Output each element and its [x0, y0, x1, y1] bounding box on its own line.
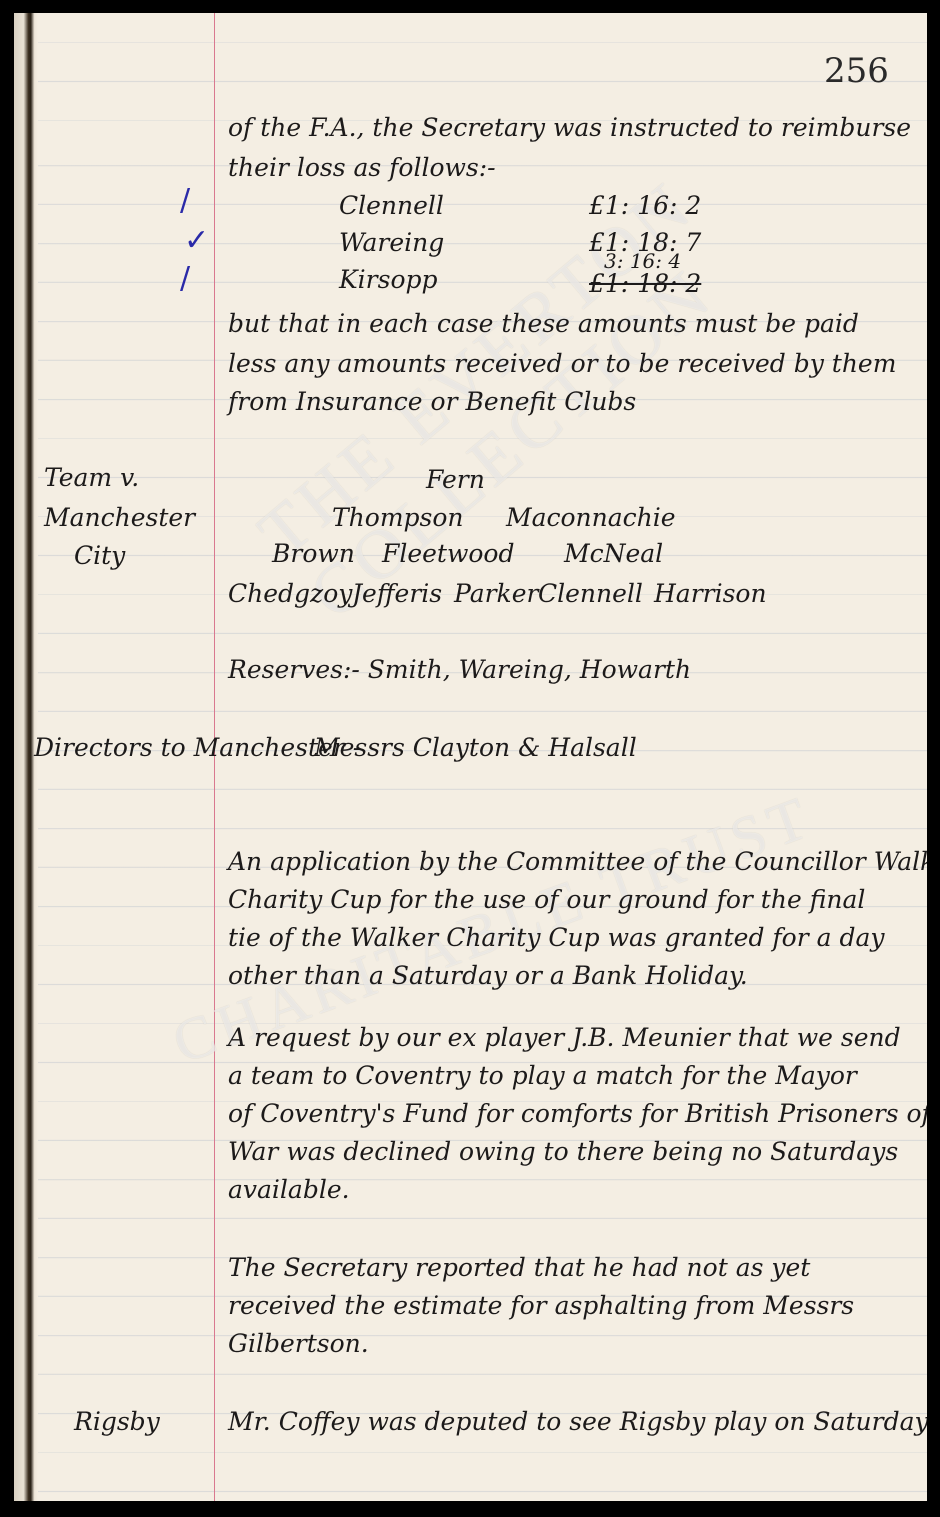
goalkeeper: Fern [426, 465, 485, 494]
minute-line: The Secretary reported that he had not a… [228, 1253, 810, 1282]
check-mark-icon: / [180, 183, 190, 218]
halfback: Brown [272, 539, 355, 568]
reimburse-intro-line1: of the F.A., the Secretary was instructe… [228, 113, 911, 142]
team-margin-label: Team v. [44, 463, 139, 492]
team-margin-label: Manchester [44, 503, 195, 532]
minute-line: War was declined owing to there being no… [228, 1137, 898, 1166]
condition-line3: from Insurance or Benefit Clubs [228, 387, 636, 416]
minute-line: a team to Coventry to play a match for t… [228, 1061, 857, 1090]
minute-line: Gilbertson. [228, 1329, 369, 1358]
back: Thompson [332, 503, 464, 532]
minute-margin-label: Rigsby [74, 1407, 160, 1436]
forward: Clennell [538, 579, 643, 608]
reimburse-amount-corrected: 3: 16: 4 [604, 249, 681, 273]
reserves: Reserves:- Smith, Wareing, Howarth [228, 655, 691, 684]
minute-line: available. [228, 1175, 350, 1204]
forward: Jefferis [352, 579, 442, 608]
minute-line: Charity Cup for the use of our ground fo… [228, 885, 865, 914]
forward: Chedgzoy [228, 579, 352, 608]
reimburse-amount: £1: 16: 2 [589, 191, 701, 220]
reimburse-amount-struck: £1: 18: 2 [589, 269, 701, 298]
halfback: McNeal [564, 539, 663, 568]
minute-line: A request by our ex player J.B. Meunier … [228, 1023, 901, 1052]
check-mark-icon: / [180, 261, 190, 296]
halfback: Fleetwood [382, 539, 514, 568]
scan-frame: THE EVERTON COLLECTION CHARITABLE TRUST … [0, 0, 940, 1517]
directors-names: Messrs Clayton & Halsall [314, 733, 637, 762]
reimburse-name: Clennell [339, 191, 444, 220]
back: Maconnachie [506, 503, 676, 532]
reimburse-intro-line2: their loss as follows:- [228, 153, 496, 182]
minute-line: other than a Saturday or a Bank Holiday. [228, 961, 748, 990]
minute-line: An application by the Committee of the C… [228, 847, 927, 876]
minute-line: received the estimate for asphalting fro… [228, 1291, 854, 1320]
reimburse-name: Kirsopp [339, 265, 438, 294]
minute-line: Mr. Coffey was deputed to see Rigsby pla… [228, 1407, 927, 1436]
ledger-page: THE EVERTON COLLECTION CHARITABLE TRUST … [14, 13, 927, 1501]
check-mark-icon: ✓ [184, 223, 209, 258]
condition-line2: less any amounts received or to be recei… [228, 349, 896, 378]
reimburse-name: Wareing [339, 228, 444, 257]
forward: Harrison [654, 579, 767, 608]
forward: Parker [454, 579, 538, 608]
condition-line1: but that in each case these amounts must… [228, 309, 859, 338]
page-number: 256 [824, 51, 889, 91]
minute-line: of Coventry's Fund for comforts for Brit… [228, 1099, 927, 1128]
minute-line: tie of the Walker Charity Cup was grante… [228, 923, 884, 952]
directors-label: Directors to Manchester - [34, 733, 361, 762]
team-margin-label: City [74, 541, 125, 570]
